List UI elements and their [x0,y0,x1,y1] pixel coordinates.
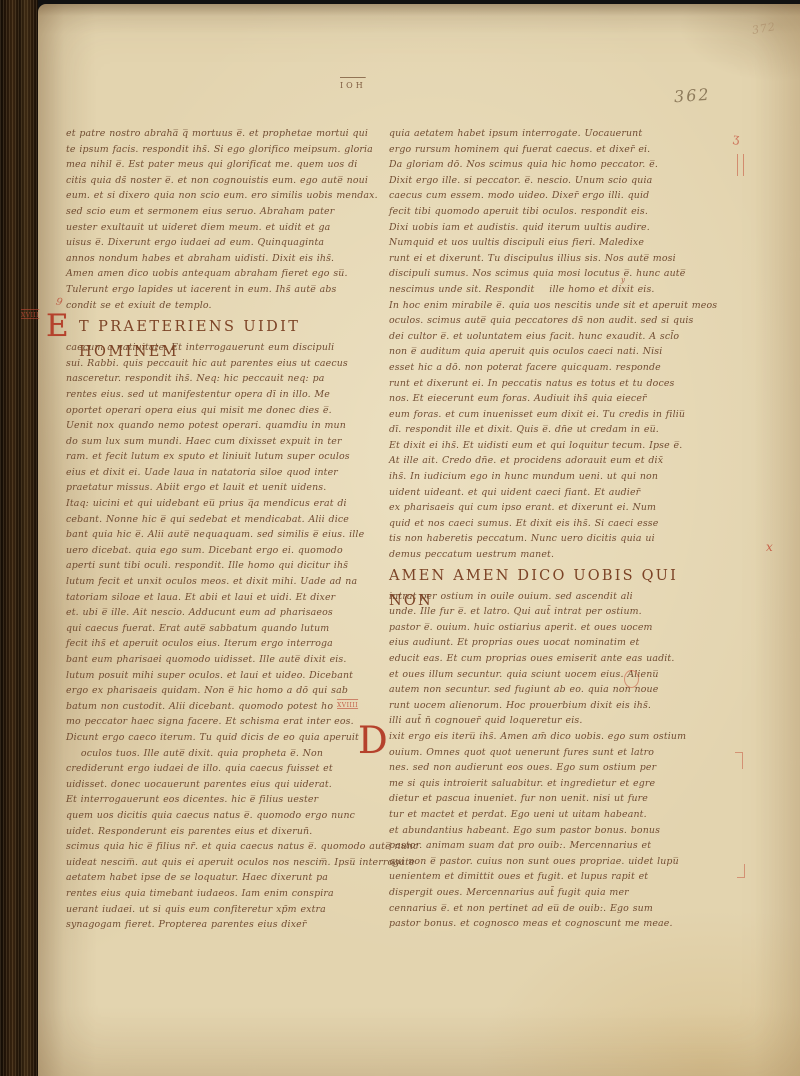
text-line: ixit ergo eis iteru̅ ihs̄. Amen am̄ dico… [389,729,721,745]
text-line: mo peccator haec signa facere. Et schism… [66,714,388,730]
text-line: educit eas. Et cum proprias oues emiseri… [389,651,721,667]
text-line: cebant. Nonne hic e̅ qui sedebat et mend… [66,512,388,528]
text-line: uenientem et dimittit oues et fugit. et … [389,869,721,885]
text-line: fecit tibi quomodo aperuit tibi oculos. … [389,204,721,220]
text-line: oculos. scimus aute̅ quia peccatores ds̄… [389,313,721,329]
text-line: sed scio eum et sermonem eius seruo. Abr… [66,204,388,220]
text-line: uidet. Responderunt eis parentes eius et… [66,824,388,840]
text-line: tur et mactet et perdat. Ego ueni ut uit… [389,807,721,823]
text-line: et patre nostro abraha̅ q̅ mortuus e̅. e… [66,126,388,142]
text-line: runt uocem alienorum. Hoc prouerbium dix… [389,698,721,714]
text-line: bant eum pharisaei quomodo uidisset. Ill… [66,652,388,668]
text-line: dietur et pascua inueniet. fur non uenit… [389,791,721,807]
text-line: uident uideant. et qui uident caeci fian… [389,485,721,501]
text-line: aetatem habet ipse de se loquatur. Haec … [66,870,388,886]
text-line: caecus cum essem. modo uideo. Dixer̄ erg… [389,188,721,204]
text-line: dī. respondit ille et dixit. Quis e̅. dn… [389,422,721,438]
text-line: At ille ait. Credo dn̄e. et procidens ad… [389,453,721,469]
text-line: quem uos dicitis quia caecus natus e̅. q… [66,808,388,824]
text-line: uideat nescim̅. aut quis ei aperuit ocul… [66,855,388,871]
text-line: Dicunt ergo caeco iterum. Tu quid dicis … [66,730,388,746]
text-line: mea nihil e̅. Est pater meus qui glorifi… [66,157,388,173]
text-line: ergo ex pharisaeis quidam. Non e̅ hic ho… [66,683,388,699]
folio-number: 362 [673,85,711,107]
text-line: eum. et si dixero quia non scio eum. ero… [66,188,388,204]
text-line: citis quia ds̄ noster e̅. et non cognoui… [66,173,388,189]
text-line: In hoc enim mirabile e̅. quia uos nescit… [389,298,721,314]
text-line: oportet operari opera eius qui misit me … [66,403,388,419]
text-line: eum foras. et cum inuenisset eum dixit e… [389,407,721,423]
text-line: Et dixit ei ihs̄. Et uidisti eum et qui … [389,438,721,454]
red-drop-cap-E: E [46,311,69,342]
text-line: dispergit oues. Mercennarius aut̄ fugit … [389,885,721,901]
text-line: condit se et exiuit de templo. [66,298,388,314]
text-line: aperti sunt tibi oculi. respondit. Ille … [66,558,388,574]
text-line: qui caecus fuerat. Erat aute̅ sabbatum q… [66,621,388,637]
text-line: nasceretur. respondit ihs̄. Neq: hic pec… [66,371,388,387]
text-line: et oues illum secuntur. quia sciunt uoce… [389,667,721,683]
text-line: pastor e̅. ouium. huic ostiarius aperit.… [389,620,721,636]
text-line: lutum posuit mihi super oculos. et laui … [66,668,388,684]
text-line: rentes eius quia timebant iudaeos. Iam e… [66,886,388,902]
section-heading-john9: E T PRAETERIENS UIDIT HOMINEM [66,315,388,340]
margin-bracket-icon [735,752,743,769]
text-line: Da gloriam dō. Nos scimus quia hic homo … [389,157,721,173]
text-line: Dixi uobis iam et audistis. quid iterum … [389,220,721,236]
text-line: crediderunt ergo iudaei de illo. quia ca… [66,761,388,777]
text-line: nescimus unde sit. Respondit ille homo e… [389,282,721,298]
text-line: Itaq: uicini et qui uidebant eu̅ prius q… [66,496,388,512]
right-column-upper-lines: quia aetatem habet ipsum interrogate. Uo… [389,126,721,563]
red-drop-cap-D: D [358,722,388,759]
text-line: ihs̄. In iudicium ego in hunc mundum uen… [389,469,721,485]
text-line: praetatur missus. Abiit ergo et lauit et… [66,480,388,496]
text-column-right: quia aetatem habet ipsum interrogate. Uo… [389,126,721,932]
text-line: nos. Et eiecerunt eum foras. Audiuit ihs… [389,391,721,407]
text-line: Et interrogauerunt eos dicentes. hic e̅ … [66,792,388,808]
running-title: ioh [340,78,366,91]
text-line: non e̅ auditum quia aperuit quis oculos … [389,344,721,360]
margin-circle-icon [624,670,639,688]
text-line: et. ubi e̅ ille. Ait nescio. Adducunt eu… [66,605,388,621]
text-line: autem non secuntur. sed fugiunt ab eo. q… [389,682,721,698]
text-line: et abundantius habeant. Ego sum pastor b… [389,823,721,839]
text-line: fecit ihs̄ et aperuit oculos eius. Iteru… [66,636,388,652]
text-line: demus peccatum uestrum manet. [389,547,721,563]
text-line: runt et dixerunt ei. In peccatis natus e… [389,376,721,392]
text-line: do sum lux sum mundi. Haec cum dixisset … [66,434,388,450]
text-line: cennarius e̅. et non pertinet ad eu̅ de … [389,901,721,917]
right-column-middle-lines: intrat per ostium in ouile ouium. sed as… [389,589,721,729]
text-line: tatoriam siloae et laua. Et abii et laui… [66,590,388,606]
text-line: nes. sed non audierunt eos oues. Ego sum… [389,760,721,776]
text-line: lutum fecit et unxit oculos meos. et dix… [66,574,388,590]
text-line: Amen amen dico uobis antequam abraham fi… [66,266,388,282]
text-line: illi aut̄ n̄ cognouer̄ quid loqueretur e… [389,713,721,729]
text-line: Numquid et uos uultis discipuli eius fie… [389,235,721,251]
text-line: synagogam fieret. Propterea parentes eiu… [66,917,388,933]
text-line: oculos tuos. Ille aute̅ dixit. quia prop… [66,746,388,762]
text-line: esset hic a dō. non poterat facere quicq… [389,360,721,376]
text-line: bant quia hic e̅. Alii aute̅ nequaquam. … [66,527,388,543]
text-line: quia aetatem habet ipsum interrogate. Uo… [389,126,721,142]
text-line: qui non e̅ pastor. cuius non sunt oues p… [389,854,721,870]
text-line: tis non haberetis peccatum. Nunc uero di… [389,531,721,547]
text-line: uidisset. donec uocauerunt parentes eius… [66,777,388,793]
text-line: ouium. Omnes quot quot uenerunt fures su… [389,745,721,761]
manuscript-photo: ioh 362 372 et patre nostro abraha̅ q̅ m… [0,0,800,1076]
text-line: pastor bonus. et cognosco meas et cognos… [389,916,721,932]
text-line: dei cultor e̅. et uoluntatem eius facit.… [389,329,721,345]
text-line: uero dicebat. quia ego sum. Dicebant erg… [66,543,388,559]
margin-bracket-icon [737,864,745,878]
text-line: rentes eius. sed ut manifestentur opera … [66,387,388,403]
text-line: Uenit nox quando nemo potest operari. qu… [66,418,388,434]
text-line: ergo rursum hominem qui fuerat caecus. e… [389,142,721,158]
text-column-left: et patre nostro abraha̅ q̅ mortuus e̅. e… [66,126,388,933]
text-line: runt ei et dixerunt. Tu discipulus illiu… [389,251,721,267]
text-line: eius audiunt. Et proprias oues uocat nom… [389,635,721,651]
text-line: discipuli sumus. Nos scimus quia mosi lo… [389,266,721,282]
text-line: uisus e̅. Dixerunt ergo iudaei ad eum. Q… [66,235,388,251]
text-line: uerant iudaei. ut si quis eum confiteret… [66,902,388,918]
chapter-number-margin-right: xviiii [337,700,358,710]
text-line: quid et nos caeci sumus. Et dixit eis ih… [389,516,721,532]
paragraph-with-drop-cap: D ixit ergo eis iteru̅ ihs̄. Amen am̄ di… [389,729,721,932]
right-column-lower-lines: ixit ergo eis iteru̅ ihs̄. Amen am̄ dico… [389,729,721,932]
section-heading-john10: AMEN AMEN DICO UOBIS QUI NON [389,564,721,589]
text-line: te ipsum facis. respondit ihs̄. Si ego g… [66,142,388,158]
text-line: scimus quia hic e̅ filius nr̄. et quia c… [66,839,388,855]
chapter-letter-x: x [766,540,773,554]
book-gutter-page-edges [0,0,38,1076]
text-line: eius et dixit ei. Uade laua in natatoria… [66,465,388,481]
text-line: uester exultauit ut uideret diem meum. e… [66,220,388,236]
text-line: ram. et fecit lutum ex sputo et liniuit … [66,449,388,465]
margin-double-stroke-icon [737,154,744,176]
text-line: ex pharisaeis qui cum ipso erant. et dix… [389,500,721,516]
left-column-upper-lines: et patre nostro abraha̅ q̅ mortuus e̅. e… [66,126,388,313]
text-line: me si quis introierit saluabitur. et ing… [389,776,721,792]
text-line: Tulerunt ergo lapides ut iacerent in eum… [66,282,388,298]
text-line: Dixit ergo ille. si peccator. e̅. nescio… [389,173,721,189]
text-line: unde. Ille fur e̅. et latro. Qui aut̄ in… [389,604,721,620]
text-line: annos nondum habes et abraham uidisti. D… [66,251,388,267]
interlinear-correction: y [621,276,625,284]
text-line: intrat per ostium in ouile ouium. sed as… [389,589,721,605]
text-line: pastor. animam suam dat pro ouib:. Merce… [389,838,721,854]
left-column-body-lines: caecum a natiuitate. Et interrogauerunt … [66,340,388,933]
chapter-number-margin-left: xviii [21,310,39,320]
